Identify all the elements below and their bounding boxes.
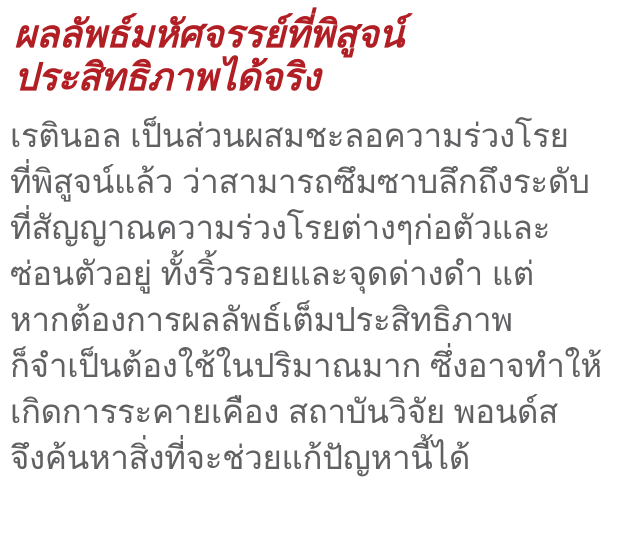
body-line-4: ซ่อนตัวอยู่ ทั้งริ้วรอยและจุดด่างดำ แต่	[10, 251, 634, 297]
body-line-1: เรตินอล เป็นส่วนผสมชะลอความร่วงโรย	[10, 113, 634, 159]
body-line-7: เกิดการระคายเคือง สถาบันวิจัย พอนด์ส	[10, 389, 634, 435]
heading-line-2: ประสิทธิภาพได้จริง	[14, 57, 634, 100]
body-line-3: ที่สัญญาณความร่วงโรยต่างๆก่อตัวและ	[10, 205, 634, 251]
body-paragraph: เรตินอล เป็นส่วนผสมชะลอความร่วงโรย ที่พิ…	[10, 113, 634, 481]
body-line-5: หากต้องการผลลัพธ์เต็มประสิทธิภาพ	[10, 297, 634, 343]
heading-line-1: ผลลัพธ์มหัศจรรย์ที่พิสูจน์	[14, 14, 634, 57]
body-line-6: ก็จำเป็นต้องใช้ในปริมาณมาก ซึ่งอาจทำให้	[10, 343, 634, 389]
page-title: ผลลัพธ์มหัศจรรย์ที่พิสูจน์ ประสิทธิภาพได…	[10, 14, 634, 99]
body-line-2: ที่พิสูจน์แล้ว ว่าสามารถซึมซาบลึกถึงระดั…	[10, 159, 634, 205]
body-line-8: จึงค้นหาสิ่งที่จะช่วยแก้ปัญหานี้ได้	[10, 435, 634, 481]
ad-copy-page: ผลลัพธ์มหัศจรรย์ที่พิสูจน์ ประสิทธิภาพได…	[0, 0, 640, 552]
